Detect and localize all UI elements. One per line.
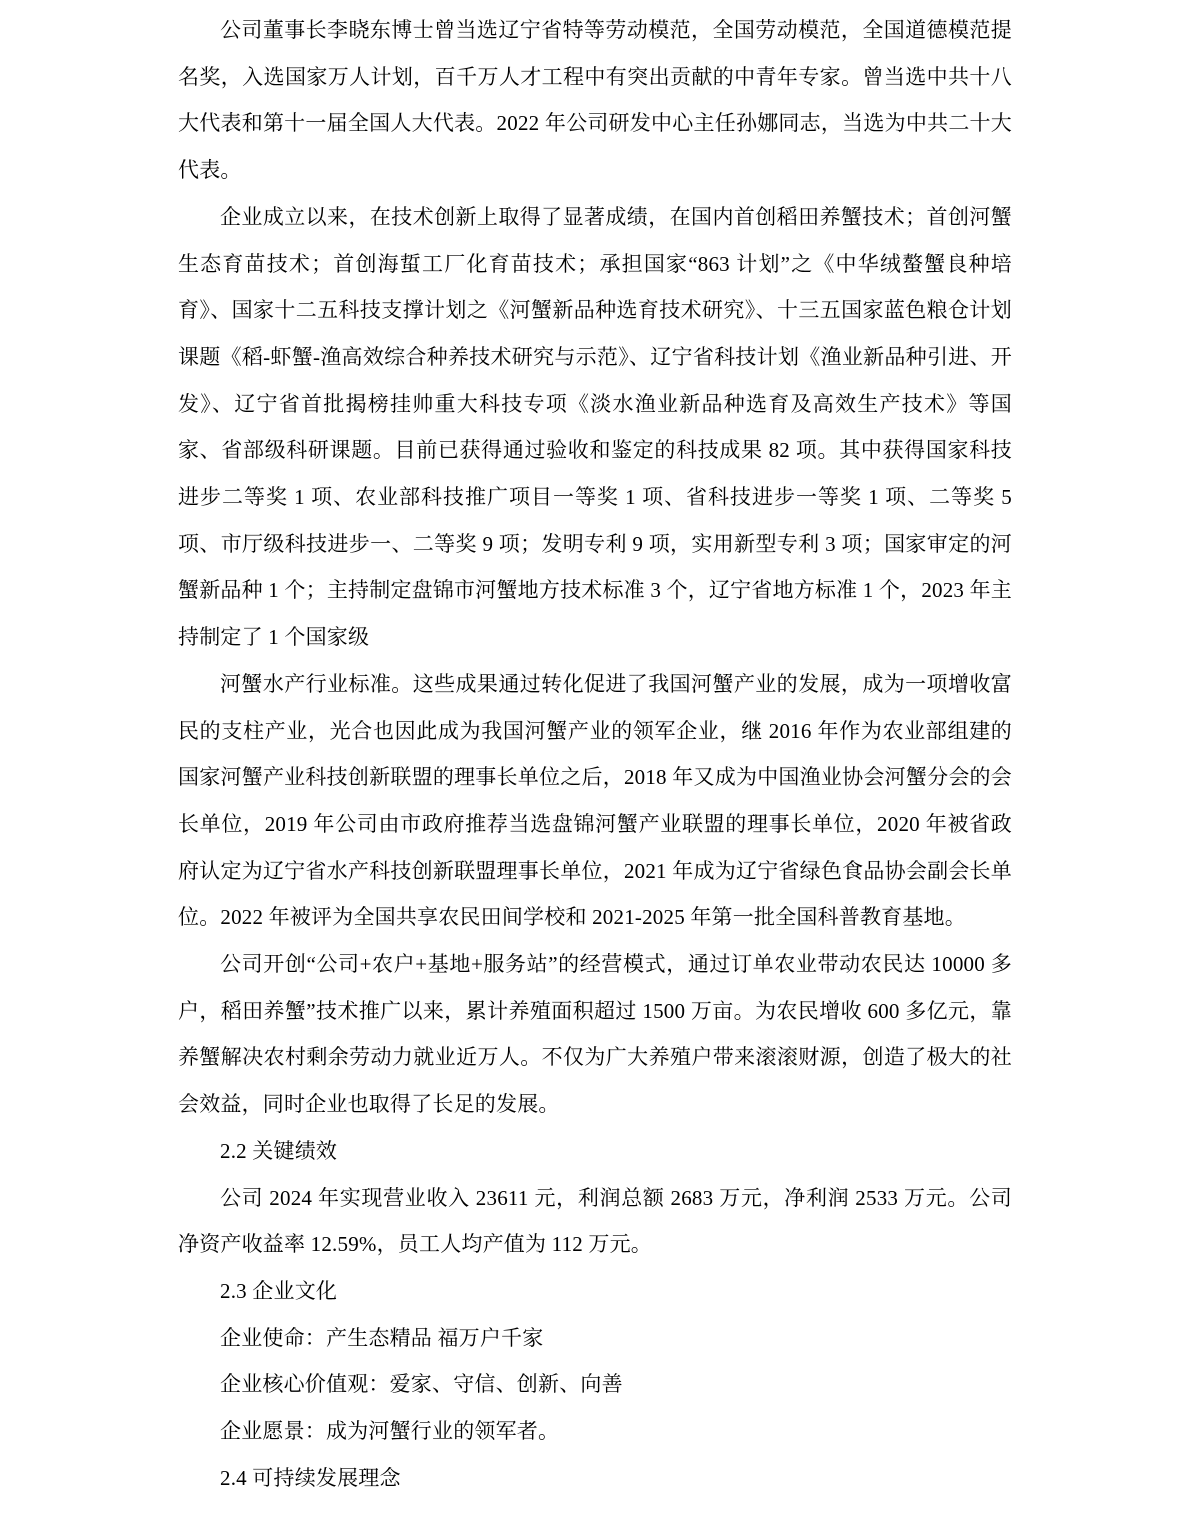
paragraph-mission: 企业使命：产生态精品 福万户千家: [178, 1315, 1012, 1362]
paragraph-financial-results: 公司 2024 年实现营业收入 23611 元，利润总额 2683 万元，净利润…: [178, 1175, 1012, 1268]
section-heading-key-performance: 2.2 关键绩效: [178, 1128, 1012, 1175]
paragraph-chairman-honors: 公司董事长李晓东博士曾当选辽宁省特等劳动模范，全国劳动模范，全国道德模范提名奖，…: [178, 7, 1012, 194]
section-heading-corporate-culture: 2.3 企业文化: [178, 1268, 1012, 1315]
paragraph-tech-innovation-achievements: 企业成立以来，在技术创新上取得了显著成绩，在国内首创稻田养蟹技术；首创河蟹生态育…: [178, 194, 1012, 661]
paragraph-core-values: 企业核心价值观：爱家、守信、创新、向善: [178, 1361, 1012, 1408]
section-heading-sustainable-development: 2.4 可持续发展理念: [178, 1455, 1012, 1502]
paragraph-vision: 企业愿景：成为河蟹行业的领军者。: [178, 1408, 1012, 1455]
paragraph-industry-leadership: 河蟹水产行业标准。这些成果通过转化促进了我国河蟹产业的发展，成为一项增收富民的支…: [178, 661, 1012, 941]
paragraph-business-model: 公司开创“公司+农户+基地+服务站”的经营模式，通过订单农业带动农民达 1000…: [178, 941, 1012, 1128]
document-page: 公司董事长李晓东博士曾当选辽宁省特等劳动模范，全国劳动模范，全国道德模范提名奖，…: [0, 0, 1190, 1522]
